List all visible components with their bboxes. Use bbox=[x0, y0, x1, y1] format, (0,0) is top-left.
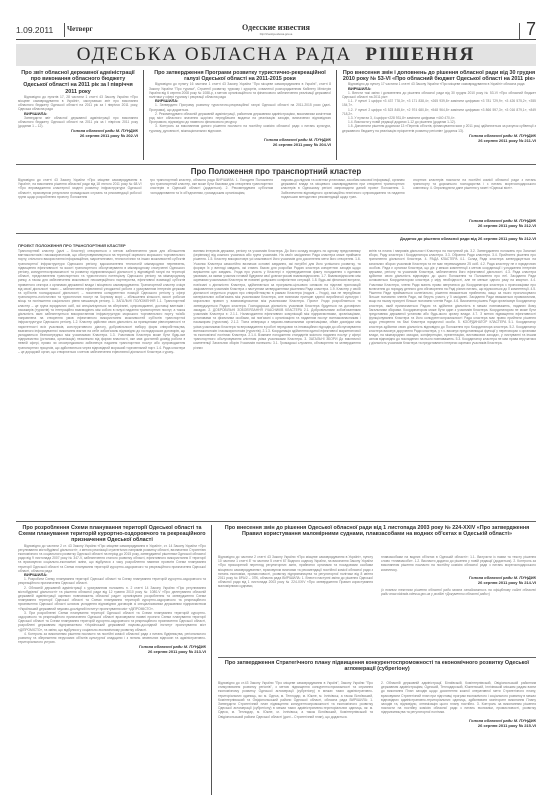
decision-number: 26 серпня 2011 року № 213-VI bbox=[18, 649, 206, 654]
decision-number: 26 серпня 2011 року № 204-VI bbox=[149, 142, 331, 147]
article-budget-changes: Про внесення змін і доповнень до рішення… bbox=[342, 70, 536, 160]
article-transport-cluster: Відповідно до статті 43 Закону України «… bbox=[18, 178, 536, 218]
article-title: Про звіт обласної державної адміністраці… bbox=[18, 70, 138, 95]
article-body: Відповідно до пункту 16 частини 1 статті… bbox=[149, 82, 331, 99]
article-item: 3. При розробленні Схеми планування тери… bbox=[18, 611, 206, 632]
article-item: 2. Рекомендувати обласній державній адмі… bbox=[149, 112, 331, 125]
article-small-vessels: Відповідно до частини 2 статті 43 Закону… bbox=[218, 555, 536, 607]
section-divider bbox=[16, 233, 536, 234]
decision-number: 26 серпня 2011 року № 214-VI bbox=[381, 580, 536, 585]
article-item: 1.5. Доповнити рішення додатком 13 «Пере… bbox=[342, 124, 536, 132]
article-title: Про затвердження Стратегічного плану під… bbox=[218, 660, 536, 672]
article-title: Про внесення змін і доповнень до рішення… bbox=[342, 70, 536, 82]
text-column: науково-дослідним та освітнім установам,… bbox=[281, 178, 405, 218]
article-item: 4. Контроль за виконанням рішення поклас… bbox=[18, 632, 206, 645]
article-item: 1. Затвердити Програму розвитку туристич… bbox=[149, 103, 331, 111]
text-column: Відповідно до ст.43 Закону України "Про … bbox=[218, 681, 373, 797]
article-item: 3. Контроль за виконанням даного рішення… bbox=[149, 124, 331, 132]
text-column: спортних кластерів покласти на постійні … bbox=[413, 178, 537, 218]
column-divider bbox=[211, 525, 212, 795]
text-column: плавзасобами на водних об'єктах в Одеськ… bbox=[381, 555, 536, 607]
article-body: Відповідно до пункту 17 частини 1 статті… bbox=[342, 82, 536, 86]
section-divider bbox=[16, 521, 536, 522]
text-column: 2. Обласній державній адміністрації, Біл… bbox=[381, 681, 536, 797]
text-column: звітів та плана і напрямів діяльності Кл… bbox=[369, 249, 536, 517]
column-text: плавзасобами на водних об'єктах в Одеськ… bbox=[381, 555, 536, 572]
column-text: 2. Обласній державній адміністрації, Біл… bbox=[381, 681, 536, 714]
article-item: 1.1. У пункті 1 цифри «3 437 778,3», «3 … bbox=[342, 99, 536, 107]
article-item: 1. Розробити Схему планування території … bbox=[18, 577, 206, 585]
decision-number: 26 серпня 2011 року № 202-VI bbox=[18, 133, 138, 138]
article-item: 1. Внести такі зміни і доповнення до ріш… bbox=[342, 91, 536, 99]
text-column: Транспортний кластер (далі – Кластер) ст… bbox=[18, 249, 185, 517]
decision-number: 26 серпня 2011 року № 211-VI bbox=[342, 138, 536, 143]
column-divider bbox=[336, 70, 337, 160]
text-column: Відповідно до статті 43 Закону України «… bbox=[18, 178, 142, 218]
page-number: 7 bbox=[526, 19, 536, 40]
newspaper-url[interactable]: http://izvestiya.odessa.gov.ua bbox=[16, 33, 536, 36]
article-title: Про розроблення Схеми планування територ… bbox=[18, 525, 206, 544]
decision-number: 26 серпня 2011 року № 212-VI bbox=[406, 223, 536, 228]
article-planning-scheme: Про розроблення Схеми планування територ… bbox=[18, 525, 206, 797]
article-strategic-plan-title: Про затвердження Стратегічного плану під… bbox=[218, 660, 536, 680]
article-budget-report: Про звіт обласної державної адміністраці… bbox=[18, 70, 138, 160]
article-strategic-plan: Відповідно до ст.43 Закону України "Про … bbox=[218, 681, 536, 797]
text-column: ванням інтересів держави, регіону та уча… bbox=[193, 249, 360, 517]
section-banner: ОДЕСЬКА ОБЛАСНА РАДА РІШЕННЯ bbox=[16, 44, 536, 66]
newspaper-page: 1.09.2011 Четверг Одесские известия http… bbox=[16, 0, 536, 800]
article-tourism-program: Про затвердження Програми розвитку турис… bbox=[149, 70, 331, 160]
regulation-title: ПРОЕКТ ПОЛОЖЕННЯ ПРО ТРАНСПОРТНИЙ КЛАСТЕ… bbox=[18, 244, 188, 248]
addendum-label: Додаток до рішення обласної ради від 26 … bbox=[400, 236, 536, 241]
article-body: Відповідно до частини 2 ст. 43 Закону Ук… bbox=[18, 544, 206, 573]
banner-decisions: РІШЕННЯ bbox=[365, 44, 475, 65]
divider bbox=[519, 23, 520, 39]
full-text-note: (з повним текстом рішення обласної ради … bbox=[381, 588, 536, 596]
banner-council: ОДЕСЬКА ОБЛАСНА РАДА bbox=[77, 44, 352, 65]
article-cluster-regulation: Транспортний кластер (далі – Кластер) ст… bbox=[18, 249, 536, 517]
text-column: про транспортний кластер, обласна рада В… bbox=[150, 178, 274, 218]
article-item: 1.2. У пункті 2 цифри «3 523 845,6», «2 … bbox=[342, 108, 536, 116]
article-title: Про Положення про транспортний кластер bbox=[16, 167, 536, 176]
section-divider bbox=[16, 164, 536, 165]
column-divider bbox=[143, 70, 144, 160]
article-small-vessels-title: Про внесення змін до рішення Одеської об… bbox=[218, 525, 536, 555]
section-divider bbox=[218, 657, 536, 658]
transport-cluster-signature: Голова обласної ради М. ПУНДИК 26 серпня… bbox=[406, 218, 536, 230]
article-title: Про внесення змін до рішення Одеської об… bbox=[218, 525, 536, 537]
article-decision: Затвердити звіт обласної державної адмін… bbox=[18, 116, 138, 129]
newspaper-title: Одесские известия bbox=[16, 23, 536, 32]
masthead: 1.09.2011 Четверг Одесские известия http… bbox=[16, 22, 536, 40]
decision-number: 26 серпня 2011 року № 215-VI bbox=[381, 723, 536, 728]
article-title: Про затвердження Програми розвитку турис… bbox=[149, 70, 331, 82]
article-body: Відповідно до пунктів 17, 28 частини 1 с… bbox=[18, 95, 138, 112]
text-column: Відповідно до частини 2 статті 43 Закону… bbox=[218, 555, 373, 607]
article-item: 2. Обласній державній адміністрації з ур… bbox=[18, 586, 206, 611]
